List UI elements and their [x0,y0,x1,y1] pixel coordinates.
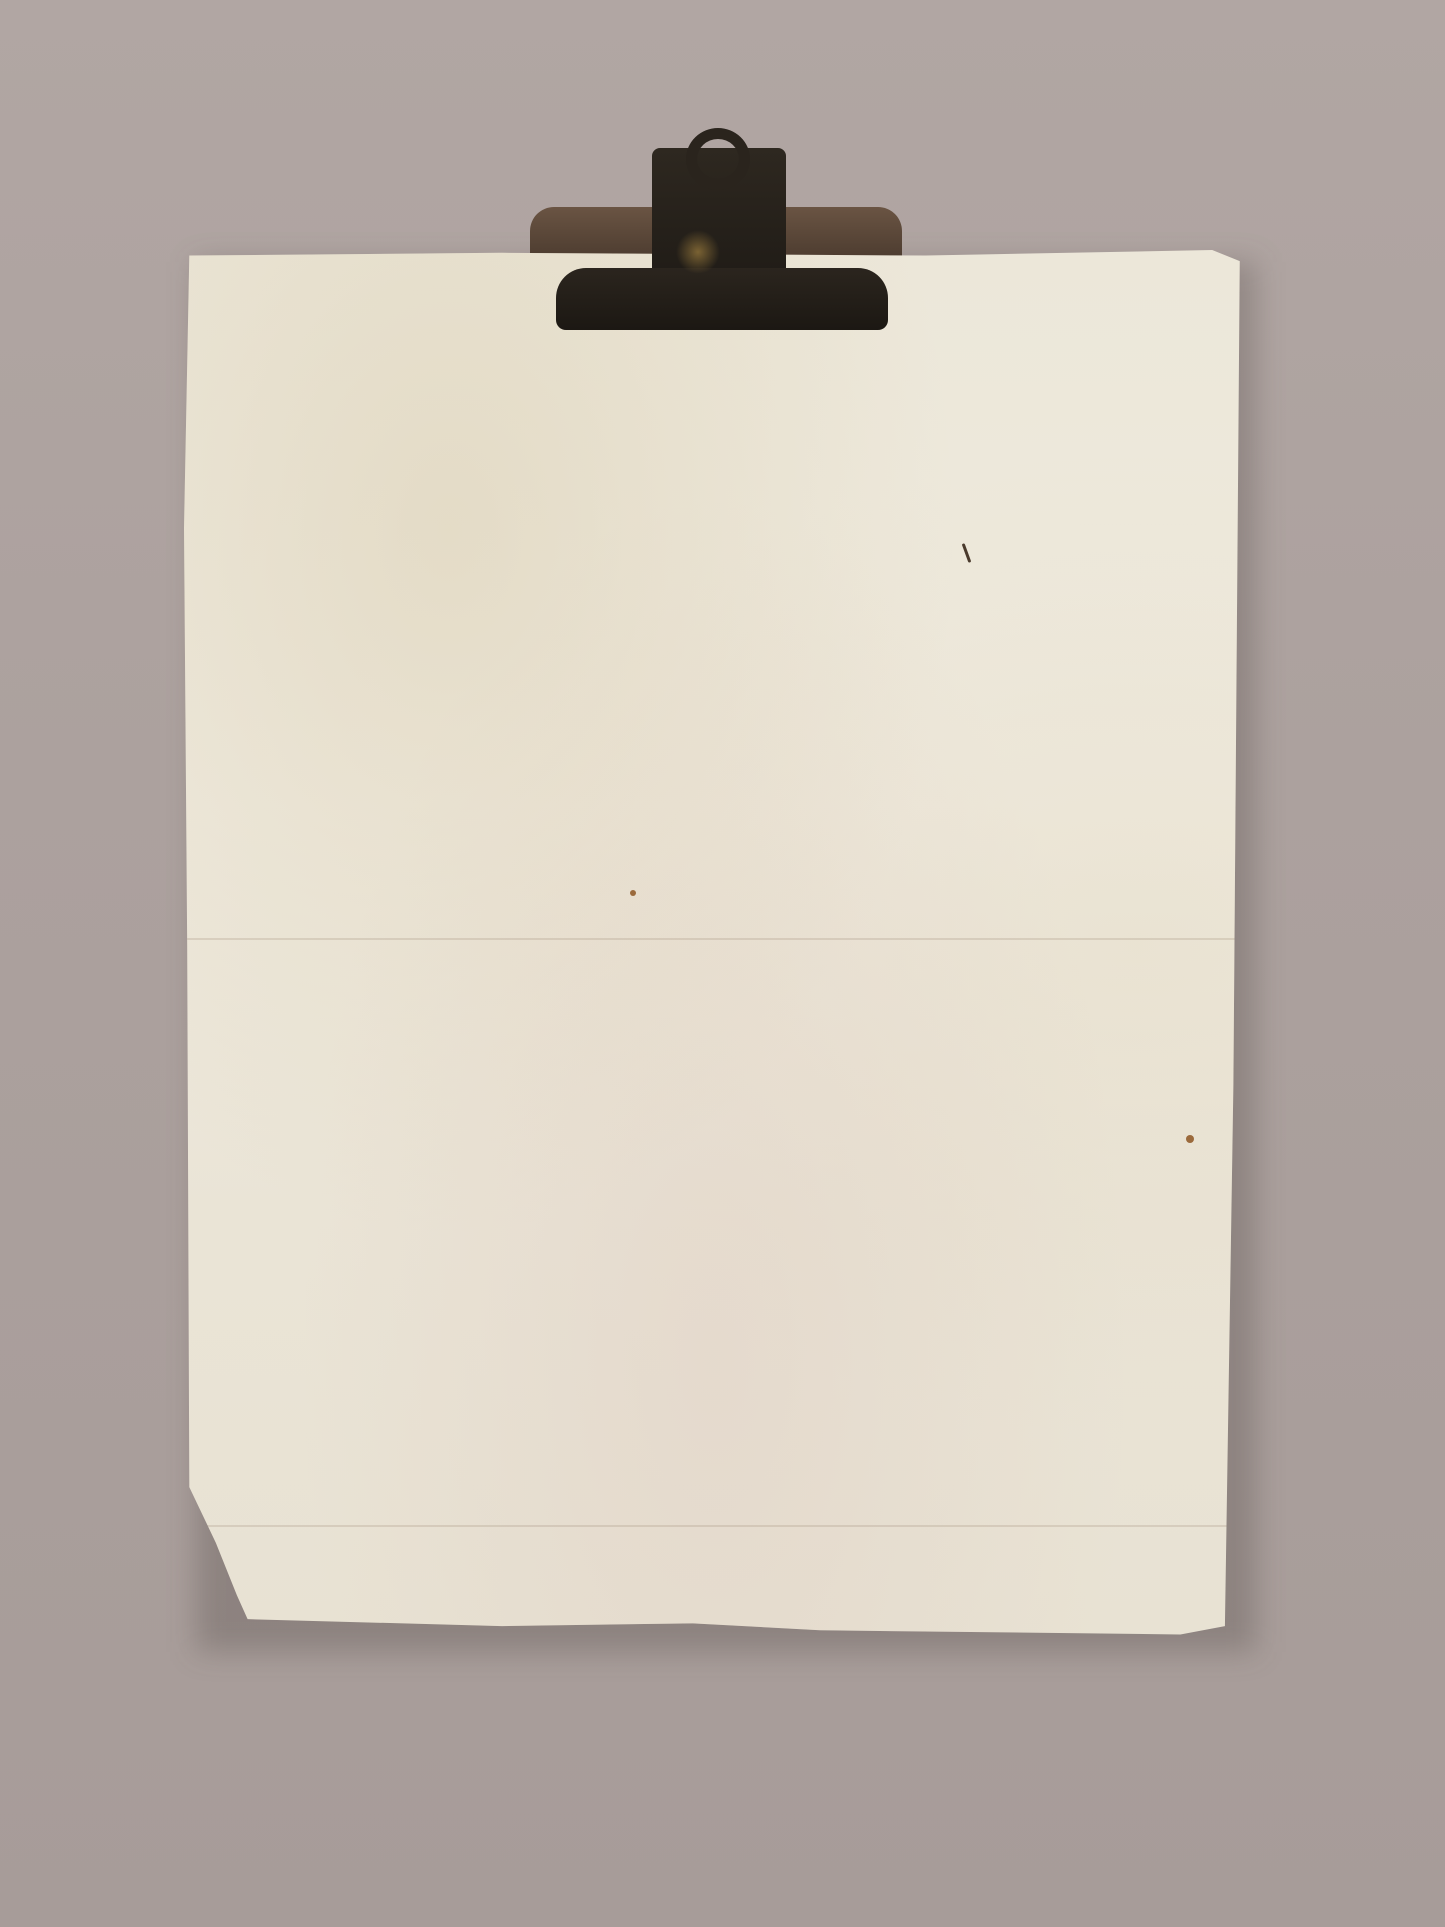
clip-jaw [556,268,888,330]
aged-blank-paper [184,250,1244,1640]
stain-spot [1186,1135,1194,1143]
clip-hanging-ring [686,128,750,190]
stain-spot [630,890,636,896]
paper-crease [184,1525,1244,1527]
rust-spot [676,230,720,274]
photo-scene [0,0,1445,1927]
paper-crease [184,938,1244,940]
hair-mark [962,543,972,563]
